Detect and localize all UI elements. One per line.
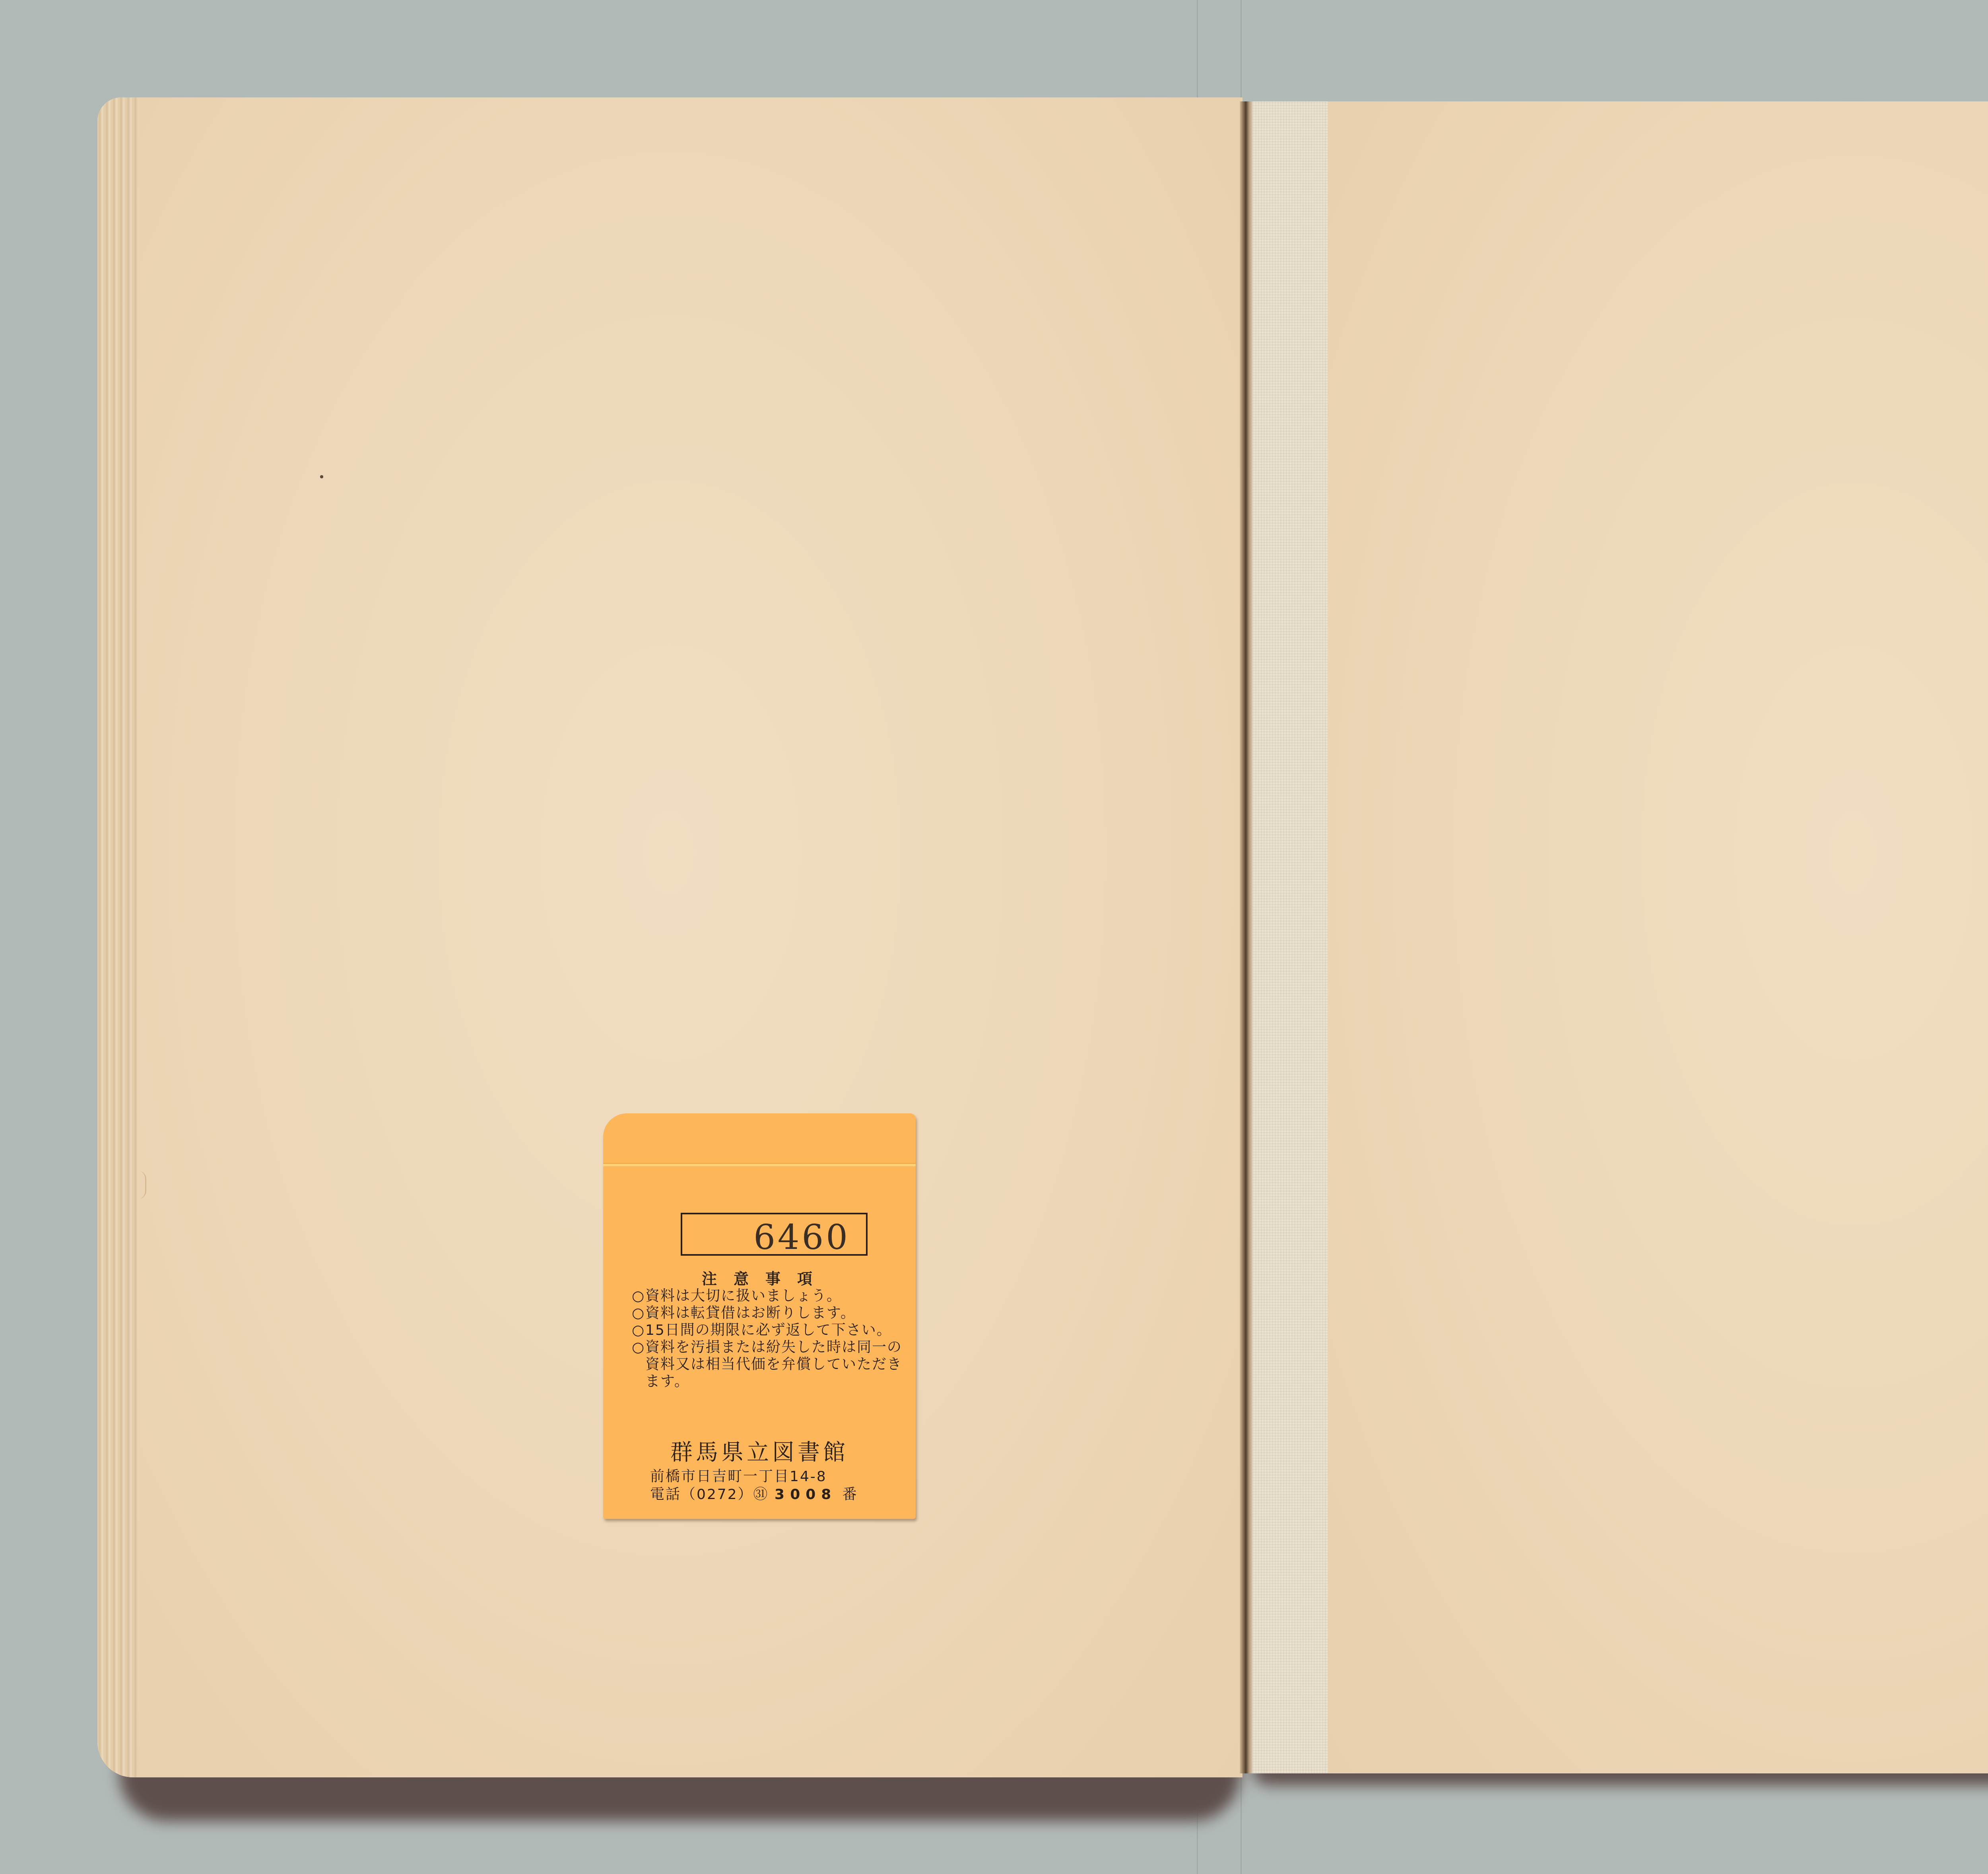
circle-bullet-icon: ○	[632, 1305, 645, 1322]
phone-number: 3008	[775, 1486, 837, 1503]
rule-text: 資料は転貸借はお断りします。	[645, 1305, 910, 1322]
circle-bullet-icon: ○	[632, 1339, 645, 1390]
library-name: 群馬県立図書館	[603, 1435, 916, 1466]
call-number: 6460	[753, 1218, 850, 1257]
rules-list: ○ 資料は大切に扱いましょう。 ○ 資料は転貸借はお断りします。 ○ 15日間の…	[632, 1288, 910, 1390]
call-number-box: 6460	[681, 1213, 868, 1256]
book-gutter	[1240, 101, 1253, 1773]
pocket-slit[interactable]	[603, 1163, 916, 1166]
library-address: 前橋市日吉町一丁目14-8	[650, 1465, 827, 1486]
spine-cloth-tape	[1252, 101, 1328, 1773]
library-card-pocket: 6460 注意事項 ○ 資料は大切に扱いましょう。 ○ 資料は転貸借はお断りしま…	[603, 1113, 916, 1519]
circle-bullet-icon: ○	[632, 1322, 645, 1339]
phone-suffix: 番	[843, 1486, 858, 1503]
rule-item: ○ 資料は転貸借はお断りします。	[632, 1305, 910, 1322]
rule-item: ○ 15日間の期限に必ず返して下さい。	[632, 1322, 910, 1339]
rule-item: ○ 資料は大切に扱いましょう。	[632, 1288, 910, 1305]
rule-item: ○ 資料を汚損または紛失した時は同一の資料又は相当代価を弁償していただきます。	[632, 1339, 910, 1390]
phone-prefix: 電話（0272）㉛	[650, 1486, 769, 1503]
notice-title: 注意事項	[603, 1266, 916, 1288]
library-phone: 電話（0272）㉛ 3008 番	[650, 1483, 858, 1503]
left-page: 6460 注意事項 ○ 資料は大切に扱いましょう。 ○ 資料は転貸借はお断りしま…	[97, 97, 1242, 1777]
right-page	[1328, 101, 1988, 1773]
circle-bullet-icon: ○	[632, 1288, 645, 1305]
rule-text: 資料を汚損または紛失した時は同一の資料又は相当代価を弁償していただきます。	[645, 1339, 910, 1390]
page-block-edge	[97, 97, 137, 1777]
page-notch	[137, 1171, 146, 1199]
rule-text: 15日間の期限に必ず返して下さい。	[645, 1322, 910, 1339]
rule-text: 資料は大切に扱いましょう。	[645, 1288, 910, 1305]
paper-speck	[320, 475, 323, 478]
